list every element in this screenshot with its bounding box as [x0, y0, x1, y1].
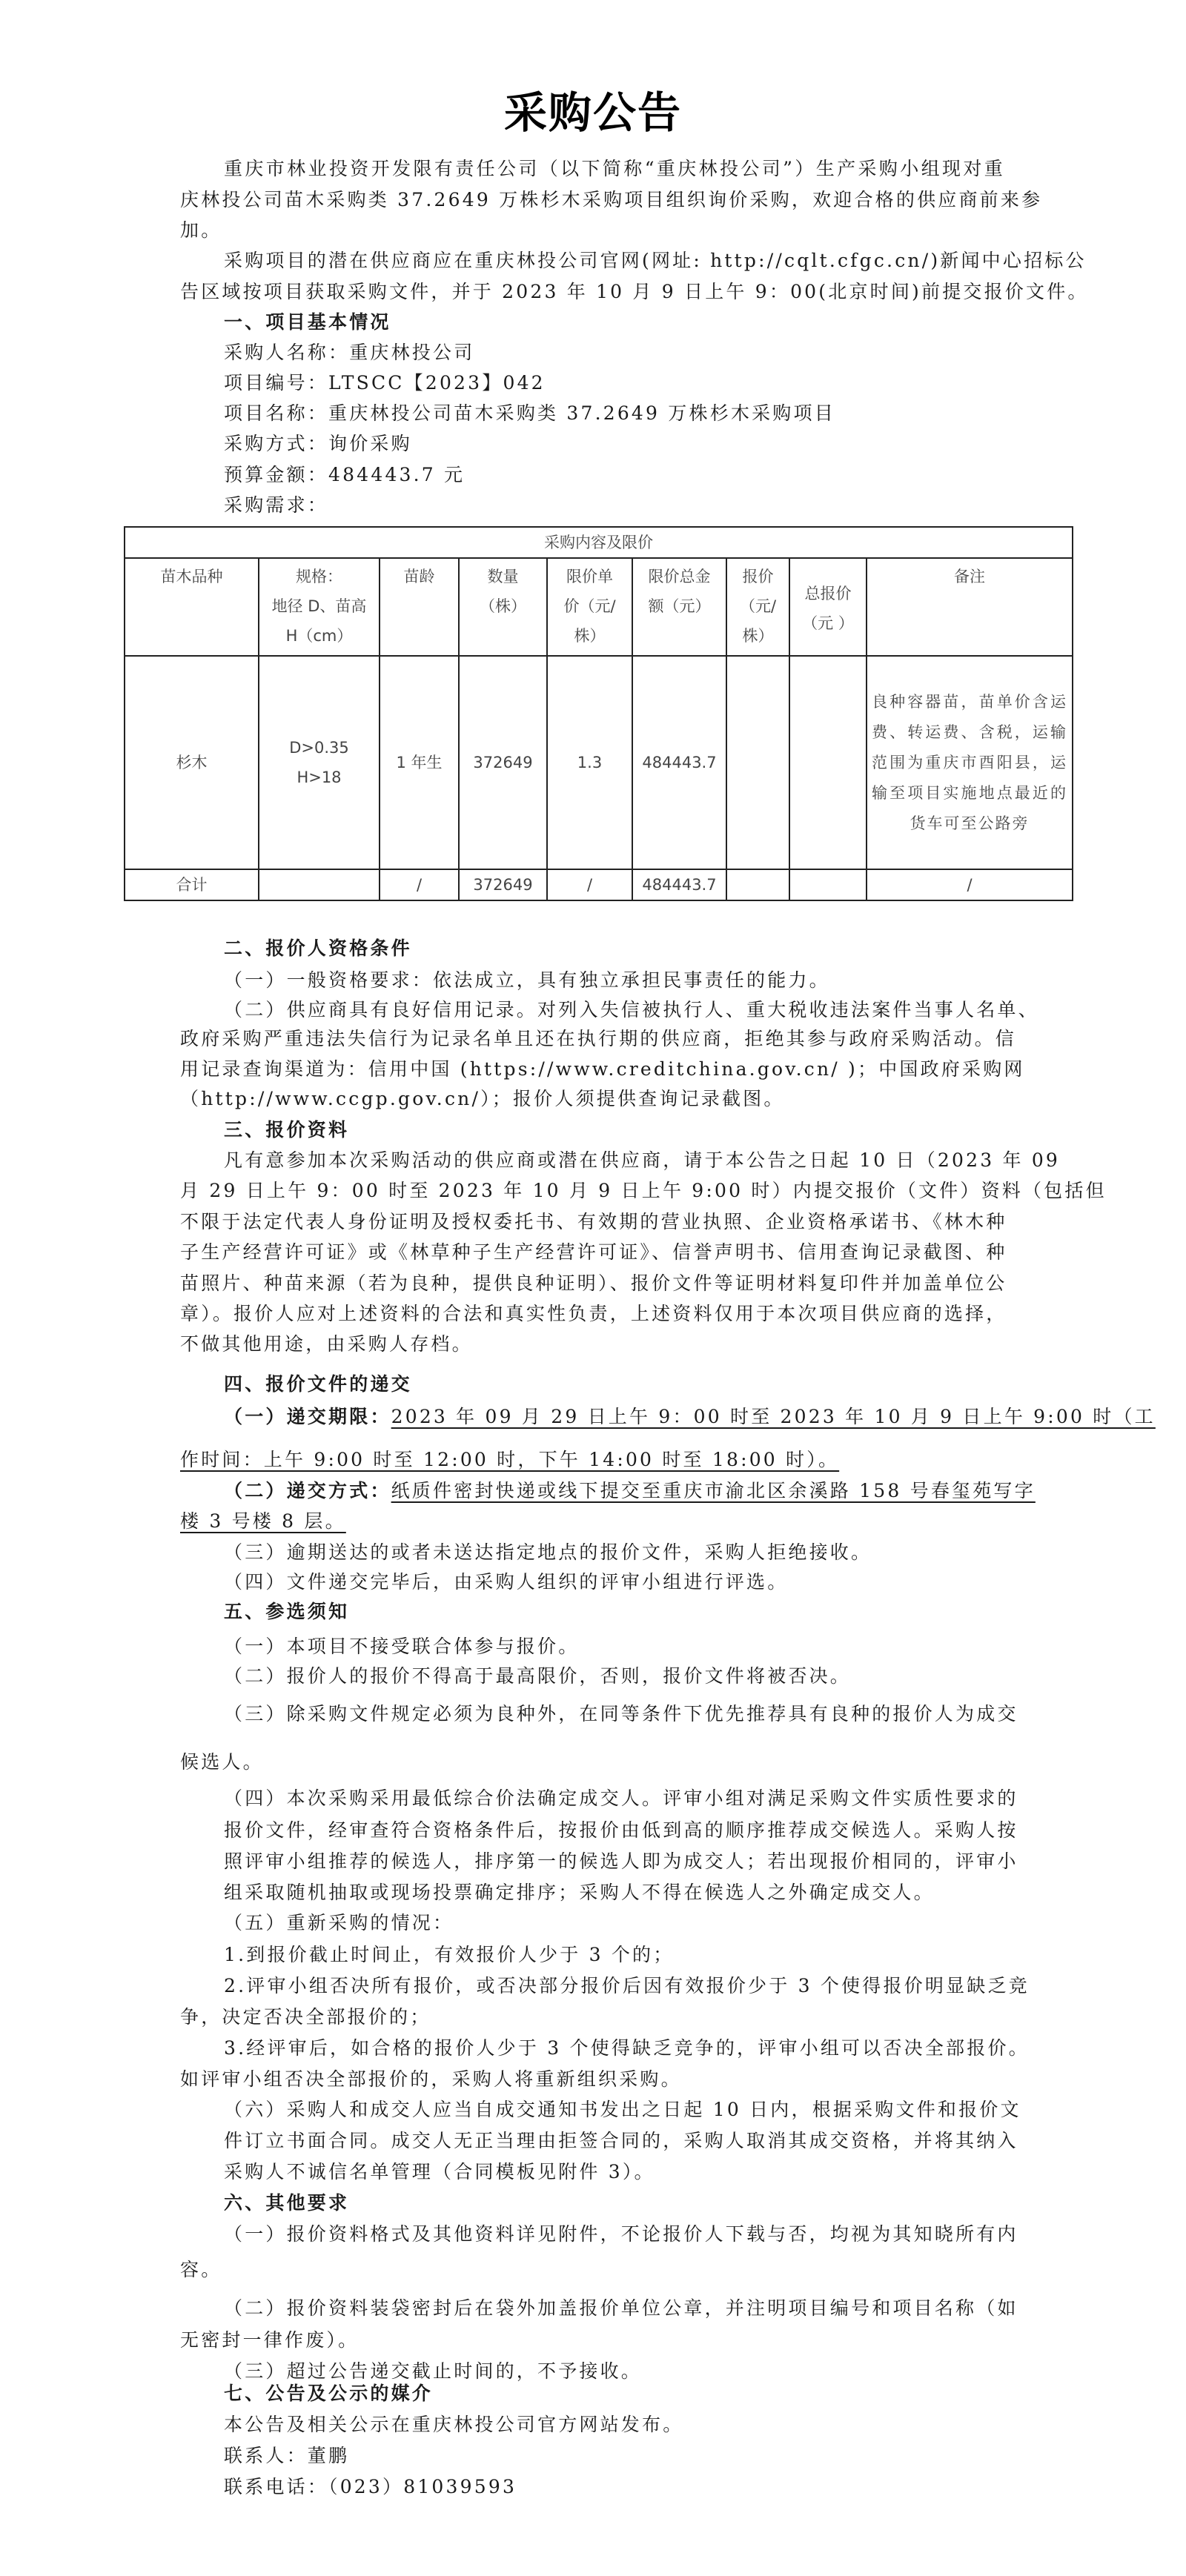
method-label: （二）递交方式：	[224, 1480, 391, 1501]
total-quote-unit	[726, 869, 789, 900]
notice-item-5-2-line-1: 2.评审小组否决所有报价，或否决部分报价后因有效报价少于 3 个使得报价明显缺乏…	[224, 1975, 1005, 1997]
spec-line: H>18	[262, 763, 376, 792]
field-value: 重庆林投公司苗木采购类 37.2649 万株杉木采购项目	[328, 402, 835, 424]
contact-phone: 联系电话：（023）81039593	[224, 2476, 517, 2498]
header-text: 限价总金	[636, 562, 723, 591]
notice-item-5-3-line-1: 3.经评审后，如合格的报价人少于 3 个使得缺乏竞争的，评审小组可以否决全部报价…	[224, 2037, 1005, 2059]
header-text: （元 ）	[793, 608, 863, 638]
other-item-1-line-1: （一）报价资料格式及其他资料详见附件，不论报价人下载与否，均视为其知晓所有内	[224, 2223, 1005, 2245]
cell-spec: D>0.35H>18	[259, 656, 380, 869]
total-spec	[259, 869, 380, 900]
notice-item-1: （一）本项目不接受联合体参与报价。	[224, 1636, 579, 1658]
other-item-2-line-1: （二）报价资料装袋密封后在袋外加盖报价单位公章，并注明项目编号和项目名称（如	[224, 2297, 1005, 2320]
qualification-item-2-line-4: （http://www.ccgp.gov.cn/）；报价人须提供查询记录截图。	[180, 1088, 1005, 1110]
header-variety: 苗木品种	[125, 558, 259, 656]
total-note: /	[867, 869, 1073, 900]
notice-item-4-line-1: （四）本次采购采用最低综合价法确定成交人。评审小组对满足采购文件实质性要求的	[224, 1787, 1005, 1810]
contact-person: 联系人：董鹏	[224, 2445, 349, 2467]
header-text: 额（元）	[636, 591, 723, 621]
notice-item-4-line-4: 组采取随机抽取或现场投票确定排序；采购人不得在候选人之外确定成交人。	[224, 1882, 1005, 1904]
header-note: 备注	[867, 558, 1073, 656]
header-text: 价（元/	[551, 591, 629, 621]
intro-paragraph-1-line-2: 庆林投公司苗木采购类 37.2649 万株杉木采购项目组织询价采购，欢迎合格的供…	[180, 189, 1005, 211]
header-text: H（cm）	[262, 621, 376, 651]
qualification-item-2-line-1: （二）供应商具有良好信用记录。对列入失信被执行人、重大税收违法案件当事人名单、	[224, 999, 1005, 1021]
header-quote-total: 总报价（元 ）	[789, 558, 867, 656]
header-quantity: 数量（株）	[459, 558, 547, 656]
field-label: 采购需求：	[224, 494, 328, 516]
field-label: 预算金额：	[224, 464, 328, 485]
cell-quote-unit	[726, 656, 789, 869]
submission-item-4: （四）文件递交完毕后，由采购人组织的评审小组进行评选。	[224, 1571, 788, 1593]
header-text: 苗木品种	[128, 562, 255, 591]
method-value-continued: 楼 3 号楼 8 层。	[180, 1510, 346, 1532]
notice-item-4-line-3: 照评审小组推荐的候选人，排序第一的候选人即为成交人；若出现报价相同的，评审小	[224, 1850, 1005, 1873]
materials-line-7: 不做其他用途，由采购人存档。	[180, 1333, 1005, 1355]
table-row: 杉木 D>0.35H>18 1 年生 372649 1.3 484443.7 良…	[125, 656, 1073, 869]
header-text: 株）	[551, 621, 629, 651]
field-value: LTSCC【2023】042	[328, 372, 546, 394]
total-unit-limit: /	[547, 869, 632, 900]
deadline-label: （一）递交期限：	[224, 1406, 391, 1427]
header-text: 规格：	[262, 562, 376, 591]
deadline-value: 2023 年 09 月 29 日上午 9：00 时至 2023 年 10 月 9…	[391, 1406, 1156, 1427]
field-project-name: 项目名称：重庆林投公司苗木采购类 37.2649 万株杉木采购项目	[224, 402, 835, 425]
notice-item-5-2-line-2: 争，决定否决全部报价的；	[180, 2006, 1005, 2028]
section-heading-quote-materials: 三、报价资料	[224, 1119, 349, 1141]
total-quote-total	[789, 869, 867, 900]
notice-item-6-line-3: 采购人不诚信名单管理（合同模板见附件 3）。	[224, 2161, 1005, 2183]
field-value: 484443.7 元	[328, 464, 465, 485]
spec-line: D>0.35	[262, 733, 376, 763]
total-total-limit: 484443.7	[632, 869, 726, 900]
notice-item-4-line-2: 报价文件，经审查符合资格条件后，按报价由低到高的顺序推荐成交候选人。采购人按	[224, 1819, 1005, 1842]
notice-item-3-line-1: （三）除采购文件规定必须为良种外，在同等条件下优先推荐具有良种的报价人为成交	[224, 1703, 1005, 1725]
cell-total-limit: 484443.7	[632, 656, 726, 869]
materials-line-3: 不限于法定代表人身份证明及授权委托书、有效期的营业执照、企业资格承诺书、《林木种	[180, 1211, 1005, 1233]
total-quantity: 372649	[459, 869, 547, 900]
header-total-limit: 限价总金额（元）	[632, 558, 726, 656]
field-project-number: 项目编号：LTSCC【2023】042	[224, 372, 546, 394]
total-label: 合计	[125, 869, 259, 900]
notice-item-6-line-2: 件订立书面合同。成交人无正当理由拒签合同的，采购人取消其成交资格，并将其纳入	[224, 2130, 1005, 2152]
header-text: 地径 D、苗高	[262, 591, 376, 621]
header-quote-unit: 报价（元/株）	[726, 558, 789, 656]
field-label: 项目编号：	[224, 372, 328, 394]
page-title: 采购公告	[0, 78, 1186, 140]
total-age: /	[380, 869, 459, 900]
other-item-1-line-2: 容。	[180, 2259, 1005, 2281]
notice-item-5-3-line-2: 如评审小组否决全部报价的，采购人将重新组织采购。	[180, 2068, 1005, 2091]
header-text: 限价单	[551, 562, 629, 591]
header-text: 数量	[463, 562, 543, 591]
notice-item-6-line-1: （六）采购人和成交人应当自成交通知书发出之日起 10 日内，根据采购文件和报价文	[224, 2099, 1005, 2121]
section-heading-media: 七、公告及公示的媒介	[224, 2383, 433, 2405]
section-heading-notice: 五、参选须知	[224, 1601, 349, 1623]
field-value: 询价采购	[328, 433, 412, 454]
header-unit-limit: 限价单价（元/株）	[547, 558, 632, 656]
header-age: 苗龄	[380, 558, 459, 656]
submission-deadline-line-2: 作时间：上午 9:00 时至 12:00 时，下午 14:00 时至 18:00…	[180, 1449, 1005, 1471]
cell-age: 1 年生	[380, 656, 459, 869]
intro-paragraph-1-line-1: 重庆市林业投资开发限有责任公司（以下简称“重庆林投公司”）生产采购小组现对重	[224, 158, 1005, 180]
cell-quote-total	[789, 656, 867, 869]
cell-variety: 杉木	[125, 656, 259, 869]
table-total-row: 合计 / 372649 / 484443.7 /	[125, 869, 1073, 900]
header-text: 苗龄	[383, 562, 455, 591]
media-statement: 本公告及相关公示在重庆林投公司官方网站发布。	[224, 2414, 683, 2436]
header-text: （元/	[730, 591, 786, 621]
field-label: 采购人名称：	[224, 342, 349, 363]
field-value: 重庆林投公司	[349, 342, 474, 363]
field-purchase-method: 采购方式：询价采购	[224, 433, 412, 455]
field-requirements: 采购需求：	[224, 494, 328, 517]
method-value: 纸质件密封快递或线下提交至重庆市渝北区余溪路 158 号春玺苑写字	[391, 1480, 1036, 1501]
header-text: 株）	[730, 621, 786, 651]
qualification-item-1: （一）一般资格要求：依法成立，具有独立承担民事责任的能力。	[224, 969, 830, 992]
deadline-value-continued: 作时间：上午 9:00 时至 12:00 时，下午 14:00 时至 18:00…	[180, 1449, 839, 1470]
materials-line-1: 凡有意参加本次采购活动的供应商或潜在供应商，请于本公告之日起 10 日（2023…	[224, 1149, 1005, 1172]
other-item-3: （三）超过公告递交截止时间的，不予接收。	[224, 2360, 642, 2383]
qualification-item-2-line-3: 用记录查询渠道为：信用中国 (https://www.creditchina.g…	[180, 1058, 1005, 1080]
submission-method-line-2: 楼 3 号楼 8 层。	[180, 1510, 1005, 1533]
notice-item-2: （二）报价人的报价不得高于最高限价，否则，报价文件将被否决。	[224, 1665, 851, 1687]
procurement-table: 采购内容及限价 苗木品种 规格：地径 D、苗高H（cm） 苗龄 数量（株） 限价…	[124, 526, 1073, 901]
cell-quantity: 372649	[459, 656, 547, 869]
header-text: （株）	[463, 591, 543, 621]
notice-item-5: （五）重新采购的情况：	[224, 1912, 454, 1934]
header-text: 总报价	[793, 579, 863, 608]
header-text: 报价	[730, 562, 786, 591]
submission-method-line-1: （二）递交方式：纸质件密封快递或线下提交至重庆市渝北区余溪路 158 号春玺苑写…	[224, 1480, 1005, 1502]
section-heading-other: 六、其他要求	[224, 2192, 349, 2214]
field-label: 采购方式：	[224, 433, 328, 454]
section-heading-basic-info: 一、项目基本情况	[224, 311, 391, 333]
cell-unit-limit: 1.3	[547, 656, 632, 869]
materials-line-6: 章）。报价人应对上述资料的合法和真实性负责，上述资料仅用于本次项目供应商的选择，	[180, 1303, 1005, 1325]
qualification-item-2-line-2: 政府采购严重违法失信行为记录名单且还在执行期的供应商，拒绝其参与政府采购活动。信	[180, 1028, 1005, 1050]
section-heading-qualifications: 二、报价人资格条件	[224, 937, 412, 960]
intro-paragraph-2-line-1: 采购项目的潜在供应商应在重庆林投公司官网(网址: http://cqlt.cfg…	[224, 250, 1005, 272]
materials-line-5: 苗照片、种苗来源（若为良种，提供良种证明）、报价文件等证明材料复印件并加盖单位公	[180, 1272, 1005, 1295]
intro-paragraph-2-line-2: 告区域按项目获取采购文件，并于 2023 年 10 月 9 日上午 9：00(北…	[180, 281, 1005, 303]
submission-deadline-line-1: （一）递交期限：2023 年 09 月 29 日上午 9：00 时至 2023 …	[224, 1406, 1005, 1428]
table-header-row: 苗木品种 规格：地径 D、苗高H（cm） 苗龄 数量（株） 限价单价（元/株） …	[125, 558, 1073, 656]
cell-note: 良种容器苗，苗单价含运费、转运费、含税，运输范围为重庆市酉阳县，运输至项目实施地…	[867, 656, 1073, 869]
header-spec: 规格：地径 D、苗高H（cm）	[259, 558, 380, 656]
field-purchaser: 采购人名称：重庆林投公司	[224, 342, 474, 364]
table-caption: 采购内容及限价	[125, 527, 1073, 558]
notice-item-5-1: 1.到报价截止时间止，有效报价人少于 3 个的；	[224, 1944, 674, 1966]
section-heading-submission: 四、报价文件的递交	[224, 1373, 412, 1395]
field-budget: 预算金额：484443.7 元	[224, 464, 465, 486]
intro-paragraph-1-line-3: 加。	[180, 219, 1005, 242]
other-item-2-line-2: 无密封一律作废）。	[180, 2329, 1005, 2351]
header-text: 备注	[870, 562, 1069, 591]
field-label: 项目名称：	[224, 402, 328, 424]
materials-line-2: 月 29 日上午 9：00 时至 2023 年 10 月 9 日上午 9:00 …	[180, 1180, 1005, 1202]
notice-item-3-line-2: 候选人。	[180, 1751, 1005, 1773]
submission-item-3: （三）逾期送达的或者未送达指定地点的报价文件，采购人拒绝接收。	[224, 1541, 872, 1564]
materials-line-4: 子生产经营许可证》或《林草种子生产经营许可证》、信誉声明书、信用查询记录截图、种	[180, 1241, 1005, 1264]
